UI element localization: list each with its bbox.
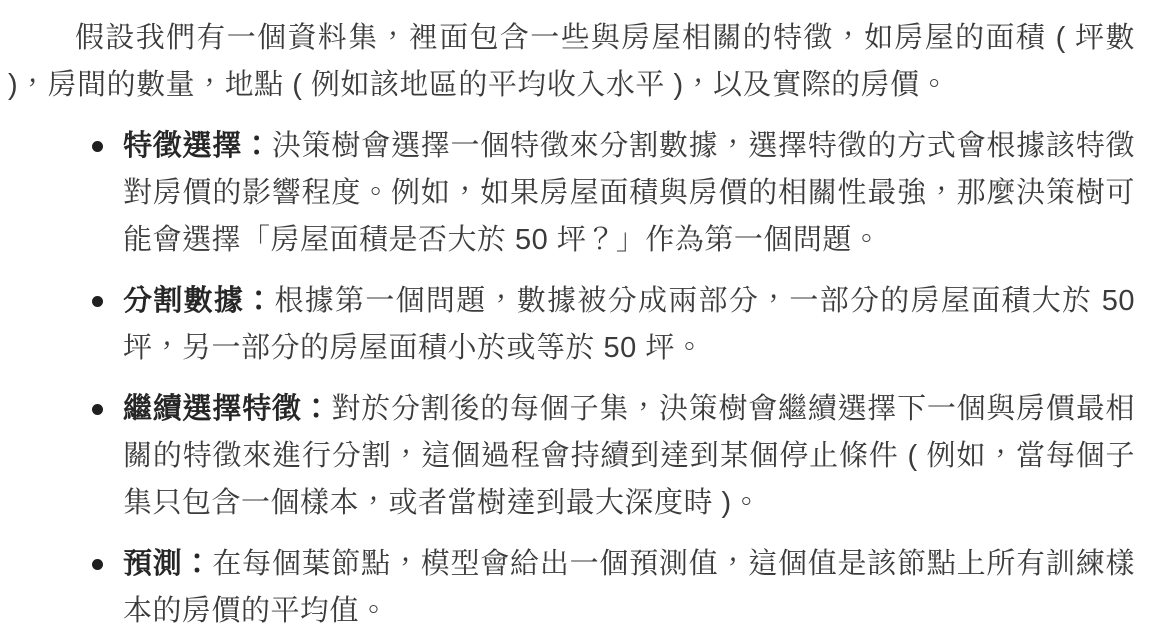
item-body: 在每個葉節點，模型會給出一個預測值，這個值是該節點上所有訓練樣本的房價的平均值。	[123, 548, 1135, 627]
document-page: 假設我們有一個資料集，裡面包含一些與房屋相關的特徵，如房屋的面積 ( 坪數 )，…	[0, 0, 1156, 641]
term-label: 預測	[123, 548, 183, 580]
bullet-icon	[92, 559, 103, 570]
term-separator: ：	[242, 130, 272, 162]
list-item-continue-selection: 繼續選擇特徵：對於分割後的每個子集，決策樹會繼續選擇下一個與房價最相關的特徵來進…	[8, 386, 1135, 527]
term-separator: ：	[244, 285, 274, 317]
term-separator: ：	[302, 393, 332, 425]
item-body: 根據第一個問題，數據被分成兩部分，一部分的房屋面積大於 50 坪，另一部分的房屋…	[123, 285, 1135, 364]
bullet-icon	[92, 404, 103, 415]
list-item-feature-selection: 特徵選擇：決策樹會選擇一個特徵來分割數據，選擇特徵的方式會根據該特徵對房價的影響…	[8, 123, 1135, 264]
intro-paragraph: 假設我們有一個資料集，裡面包含一些與房屋相關的特徵，如房屋的面積 ( 坪數 )，…	[8, 15, 1135, 109]
bullet-list: 特徵選擇：決策樹會選擇一個特徵來分割數據，選擇特徵的方式會根據該特徵對房價的影響…	[8, 123, 1135, 635]
term-label: 特徵選擇	[123, 130, 242, 162]
list-item-text: 繼續選擇特徵：對於分割後的每個子集，決策樹會繼續選擇下一個與房價最相關的特徵來進…	[123, 393, 1135, 519]
list-item-text: 特徵選擇：決策樹會選擇一個特徵來分割數據，選擇特徵的方式會根據該特徵對房價的影響…	[123, 130, 1135, 256]
term-label: 繼續選擇特徵	[123, 393, 302, 425]
list-item-split-data: 分割數據：根據第一個問題，數據被分成兩部分，一部分的房屋面積大於 50 坪，另一…	[8, 278, 1135, 372]
bullet-icon	[92, 296, 103, 307]
item-body: 決策樹會選擇一個特徵來分割數據，選擇特徵的方式會根據該特徵對房價的影響程度。例如…	[123, 130, 1135, 256]
bullet-icon	[92, 141, 103, 152]
list-item-text: 預測：在每個葉節點，模型會給出一個預測值，這個值是該節點上所有訓練樣本的房價的平…	[123, 548, 1135, 627]
term-separator: ：	[183, 548, 213, 580]
term-label: 分割數據	[123, 285, 244, 317]
list-item-prediction: 預測：在每個葉節點，模型會給出一個預測值，這個值是該節點上所有訓練樣本的房價的平…	[8, 541, 1135, 635]
list-item-text: 分割數據：根據第一個問題，數據被分成兩部分，一部分的房屋面積大於 50 坪，另一…	[123, 285, 1135, 364]
